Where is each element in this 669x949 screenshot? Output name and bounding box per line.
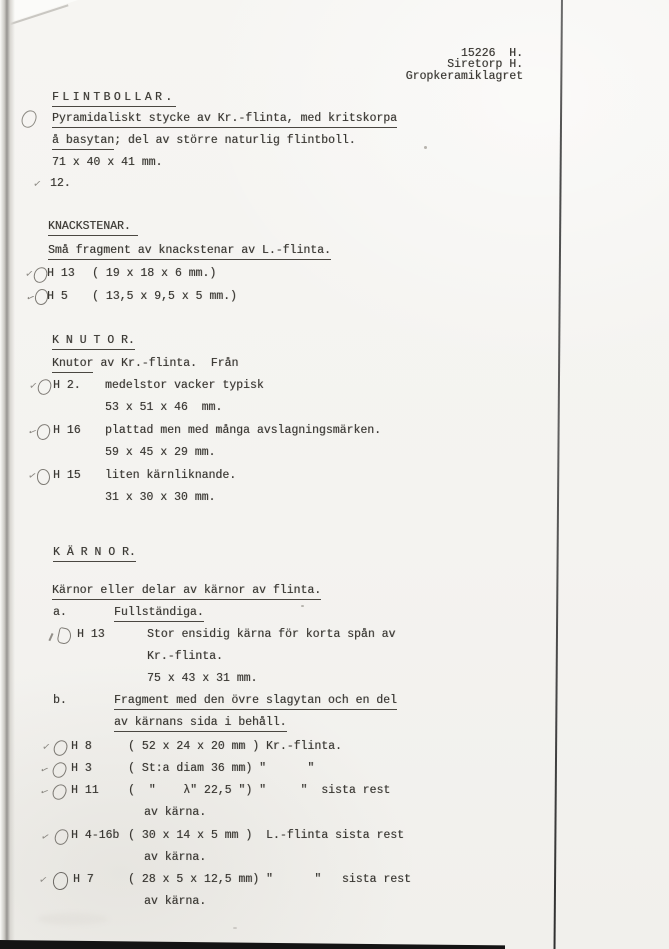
list-heading: Fullständiga. bbox=[114, 606, 204, 622]
section-title-text: K N U T O R. bbox=[52, 334, 135, 350]
karnor-item-b-row: ✓ H 4-16b ( 30 x 14 x 5 mm ) L.-flinta s… bbox=[0, 829, 669, 845]
item-dimensions: ( 13,5 x 9,5 x 5 mm.) bbox=[92, 290, 237, 303]
karnor-item-a-heading: a. Fullständiga. bbox=[0, 606, 669, 622]
knutor-row: ✓ H 16 plattad men med många avslagnings… bbox=[0, 424, 669, 440]
pencil-circle-icon bbox=[52, 738, 70, 757]
item-id: H 13 bbox=[77, 628, 105, 641]
list-label: b. bbox=[53, 694, 67, 707]
knutor-row: ✓ H 15 liten kärnliknande. bbox=[0, 469, 669, 485]
count-text: 12. bbox=[50, 177, 71, 190]
pencil-circle-icon bbox=[50, 760, 68, 780]
item-id: H 4-16b bbox=[71, 829, 119, 842]
desc-text: ; del av större naturlig flintboll. bbox=[114, 134, 356, 147]
item-id: H 16 bbox=[53, 424, 81, 437]
karnor-item-b-row: ✓ H 11 ( " λ" 22,5 ") " " sista rest bbox=[0, 784, 669, 800]
pencil-circle-icon bbox=[36, 423, 52, 441]
flintbollar-dimensions: 71 x 40 x 41 mm. bbox=[52, 156, 162, 172]
reference-block: 15226 H. Siretorp H. Gropkeramiklagret bbox=[406, 48, 523, 82]
pencil-circle-icon bbox=[56, 627, 72, 645]
item-dimensions: 31 x 30 x 30 mm. bbox=[105, 491, 215, 504]
knutor-subtitle: Knutor av Kr.-flinta. Från bbox=[52, 357, 238, 373]
scanned-document-page: 15226 H. Siretorp H. Gropkeramiklagret F… bbox=[0, 0, 669, 949]
item-description-cont: av kärna. bbox=[144, 806, 206, 819]
item-dimensions: 53 x 51 x 46 mm. bbox=[105, 401, 222, 414]
item-id: H 7 bbox=[73, 873, 94, 886]
pencil-check-icon: ✓ bbox=[41, 741, 51, 753]
knutor-row-dimensions: 59 x 45 x 29 mm. bbox=[105, 446, 215, 462]
item-dimensions: 75 x 43 x 31 mm. bbox=[147, 672, 257, 685]
pencil-check-icon: ✓ bbox=[32, 178, 42, 190]
item-description: ( " λ" 22,5 ") " " sista rest bbox=[128, 784, 390, 797]
item-description: plattad men med många avslagningsmärken. bbox=[105, 424, 381, 437]
flintbollar-count-row: ✓ 12. bbox=[0, 177, 669, 193]
item-id: H 11 bbox=[71, 784, 99, 797]
subtitle-text-underlined: Knutor bbox=[52, 357, 93, 373]
item-description: ( 52 x 24 x 20 mm ) Kr.-flinta. bbox=[128, 740, 342, 753]
knutor-row: ✓ H 2. medelstor vacker typisk bbox=[0, 379, 669, 395]
item-id: H 8 bbox=[71, 740, 92, 753]
item-description: liten kärnliknande. bbox=[105, 469, 236, 482]
item-id: H 15 bbox=[53, 469, 81, 482]
pencil-check-icon: ✓ bbox=[40, 831, 51, 844]
item-id: H 13 bbox=[47, 267, 75, 280]
pencil-check-icon: ✓ bbox=[27, 470, 38, 483]
list-heading: av kärnans sida i behåll. bbox=[114, 716, 287, 732]
section-title-text: FLINTBOLLAR. bbox=[52, 91, 176, 107]
page-bottom-edge-shadow bbox=[0, 940, 505, 949]
section-title-text: KNACKSTENAR. bbox=[48, 220, 138, 236]
pencil-circle-icon bbox=[37, 469, 51, 485]
item-description: ( 28 x 5 x 12,5 mm) " " sista rest bbox=[128, 873, 411, 886]
pencil-check-icon: ✓ bbox=[38, 874, 48, 886]
item-description: Stor ensidig kärna för korta spån av bbox=[147, 628, 395, 641]
karnor-subtitle: Kärnor eller delar av kärnor av flinta. bbox=[52, 584, 321, 600]
site-name: Siretorp H. bbox=[406, 59, 523, 70]
section-title-text: K Ä R N O R. bbox=[53, 546, 136, 562]
pencil-check-icon: ✓ bbox=[24, 268, 34, 280]
section-title-flintbollar: FLINTBOLLAR. bbox=[52, 91, 176, 107]
list-label: a. bbox=[53, 606, 67, 619]
knackstenar-subtitle: Små fragment av knackstenar av L.-flinta… bbox=[48, 244, 331, 260]
item-description: medelstor vacker typisk bbox=[105, 379, 264, 392]
item-description: Kr.-flinta. bbox=[147, 650, 223, 663]
knackstenar-row: ✓ H 13 ( 19 x 18 x 6 mm.) bbox=[0, 267, 669, 283]
item-description: ( St:a diam 36 mm) " " bbox=[128, 762, 314, 775]
karnor-item-b-row: ✓ H 8 ( 52 x 24 x 20 mm ) Kr.-flinta. bbox=[0, 740, 669, 756]
pencil-check-icon: ✓ bbox=[38, 764, 50, 778]
karnor-item-b-row: ✓ H 3 ( St:a diam 36 mm) " " bbox=[0, 762, 669, 778]
section-title-karnor: K Ä R N O R. bbox=[53, 546, 136, 562]
karnor-item-a-row: H 13 Stor ensidig kärna för korta spån a… bbox=[0, 628, 669, 644]
item-dimensions: ( 19 x 18 x 6 mm.) bbox=[92, 267, 216, 280]
item-id: H 5 bbox=[47, 290, 68, 303]
paper-smudge bbox=[38, 913, 108, 925]
pencil-check-icon: ✓ bbox=[28, 380, 38, 392]
paper-speck bbox=[233, 927, 237, 929]
section-title-knackstenar: KNACKSTENAR. bbox=[48, 220, 138, 236]
item-dimensions: 59 x 45 x 29 mm. bbox=[105, 446, 215, 459]
karnor-item-b-row-cont: av kärna. bbox=[144, 851, 206, 867]
paper-speck bbox=[424, 146, 427, 149]
karnor-item-b-row-cont: av kärna. bbox=[144, 806, 206, 822]
subtitle-text: Kärnor eller delar av kärnor av flinta. bbox=[52, 584, 321, 600]
pencil-circle-icon bbox=[36, 378, 53, 397]
karnor-item-a-dimensions: 75 x 43 x 31 mm. bbox=[147, 672, 257, 688]
knackstenar-row: ✓ H 5 ( 13,5 x 9,5 x 5 mm.) bbox=[0, 290, 669, 306]
knutor-row-dimensions: 53 x 51 x 46 mm. bbox=[105, 401, 222, 417]
item-description-cont: av kärna. bbox=[144, 895, 206, 908]
layer-name: Gropkeramiklagret bbox=[406, 71, 523, 82]
flintbollar-desc-line1: Pyramidaliskt stycke av Kr.-flinta, med … bbox=[52, 112, 397, 128]
desc-text-underlined: å basytan bbox=[52, 134, 114, 150]
item-description-cont: av kärna. bbox=[144, 851, 206, 864]
item-id: H 3 bbox=[71, 762, 92, 775]
karnor-item-b-row-cont: av kärna. bbox=[144, 895, 206, 911]
pencil-circle-icon bbox=[19, 108, 38, 130]
flintbollar-desc-line2: å basytan; del av större naturlig flintb… bbox=[52, 134, 356, 150]
pencil-circle-icon bbox=[50, 782, 68, 802]
karnor-item-b-row: ✓ H 7 ( 28 x 5 x 12,5 mm) " " sista rest bbox=[0, 873, 669, 889]
dimensions-text: 71 x 40 x 41 mm. bbox=[52, 156, 162, 169]
knutor-row-dimensions: 31 x 30 x 30 mm. bbox=[105, 491, 215, 507]
subtitle-text: av Kr.-flinta. Från bbox=[93, 357, 238, 370]
section-title-knutor: K N U T O R. bbox=[52, 334, 135, 350]
karnor-item-b-heading-cont: av kärnans sida i behåll. bbox=[114, 716, 287, 732]
item-description: ( 30 x 14 x 5 mm ) L.-flinta sista rest bbox=[128, 829, 404, 842]
pencil-tick-icon bbox=[48, 633, 53, 641]
subtitle-text: Små fragment av knackstenar av L.-flinta… bbox=[48, 244, 331, 260]
karnor-item-a-desc-cont: Kr.-flinta. bbox=[147, 650, 223, 666]
pencil-circle-icon bbox=[53, 827, 70, 846]
pencil-circle-icon bbox=[52, 871, 68, 890]
desc-text: Pyramidaliskt stycke av Kr.-flinta, med … bbox=[52, 112, 397, 128]
item-id: H 2. bbox=[53, 379, 81, 392]
karnor-item-b-heading: b. Fragment med den övre slagytan och en… bbox=[0, 694, 669, 710]
list-heading: Fragment med den övre slagytan och en de… bbox=[114, 694, 397, 710]
pencil-check-icon: ✓ bbox=[38, 786, 51, 800]
